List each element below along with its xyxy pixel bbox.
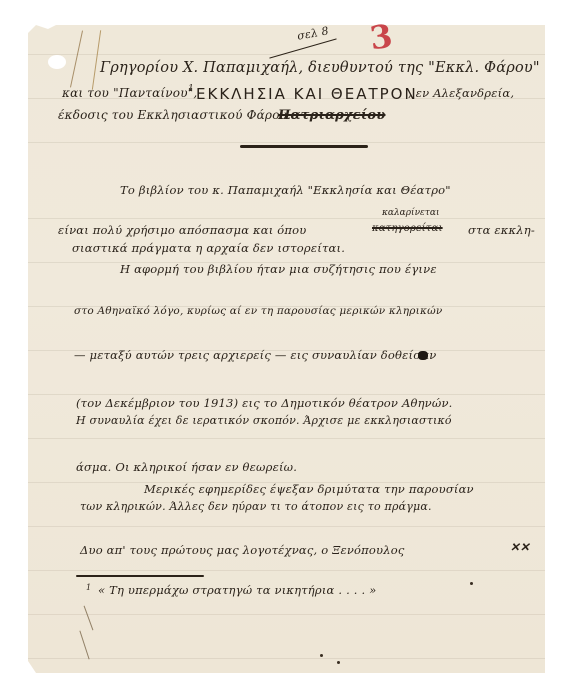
footnote-marker: 1 [188,84,194,94]
book-title: ΕΚΚΛΗΣΙΑ ΚΑΙ ΘΕΑΤΡΟΝ [196,85,418,103]
header-line-3: έκδοσις του Εκκλησιαστικού Φάρου. [58,108,291,122]
footnote-marker: 1 [86,583,91,592]
body-line: Μερικές εφημερίδες έψεξαν δριμύτατα την … [144,482,474,496]
header-divider [240,145,368,148]
body-line: Η συναυλία έχει δε ιερατικόν σκοπόν. Άρχ… [76,414,452,427]
ink-speck [320,654,323,657]
body-line: σιαστικά πράγματα η αρχαία δεν ιστορείτα… [72,241,345,255]
body-line: στο Αθηναϊκό λόγο, κυρίως αί εν τη παρου… [74,305,442,317]
interlinear-insertion: καλαρίνεται [382,208,439,218]
ink-speck [337,661,340,664]
ink-speck [470,582,473,585]
body-line: — μεταξύ αυτών τρεις αρχιερείς — εις συν… [74,348,436,362]
red-page-number: 3 [367,17,394,58]
body-line: Δυο απ' τους πρώτους μας λογοτέχνας, ο Ξ… [80,543,405,557]
body-line: άσμα. Οι κληρικοί ήσαν εν θεωρείω. [76,460,297,474]
body-line: (τον Δεκέμβριον του 1913) εις το Δημοτικ… [76,396,453,410]
body-line: στα εκκλη- [468,223,535,237]
paper-tear-hole [48,55,66,69]
struck-word: κατηγορείται [372,223,443,234]
header-line-1: Γρηγορίου Χ. Παπαμιχαήλ, διευθυντού της … [100,60,540,76]
footnote-divider [76,575,204,577]
body-line: Το βιβλίον του κ. Παπαμιχαήλ "Εκκλησία κ… [120,183,451,197]
footnote-text: « Τη υπερμάχω στρατηγώ τα νικητήρια . . … [98,583,376,597]
body-line: είναι πολύ χρήσιμο απόσπασμα και όπου [58,223,306,237]
body-line: Η αφορμή του βιβλίου ήταν μια συζήτησις … [120,262,437,276]
struck-mark: ✕✕ [510,540,530,554]
header-line-2b: , εν Αλεξανδρεία, [408,86,514,100]
body-line: των κληρικών. Άλλες δεν ηύραν τι το άτοπ… [80,500,432,513]
header-line-2a: και του "Πανταίνου", [62,86,197,100]
struck-header-text: Πατριαρχείου [278,108,385,123]
ink-blot [418,351,428,360]
